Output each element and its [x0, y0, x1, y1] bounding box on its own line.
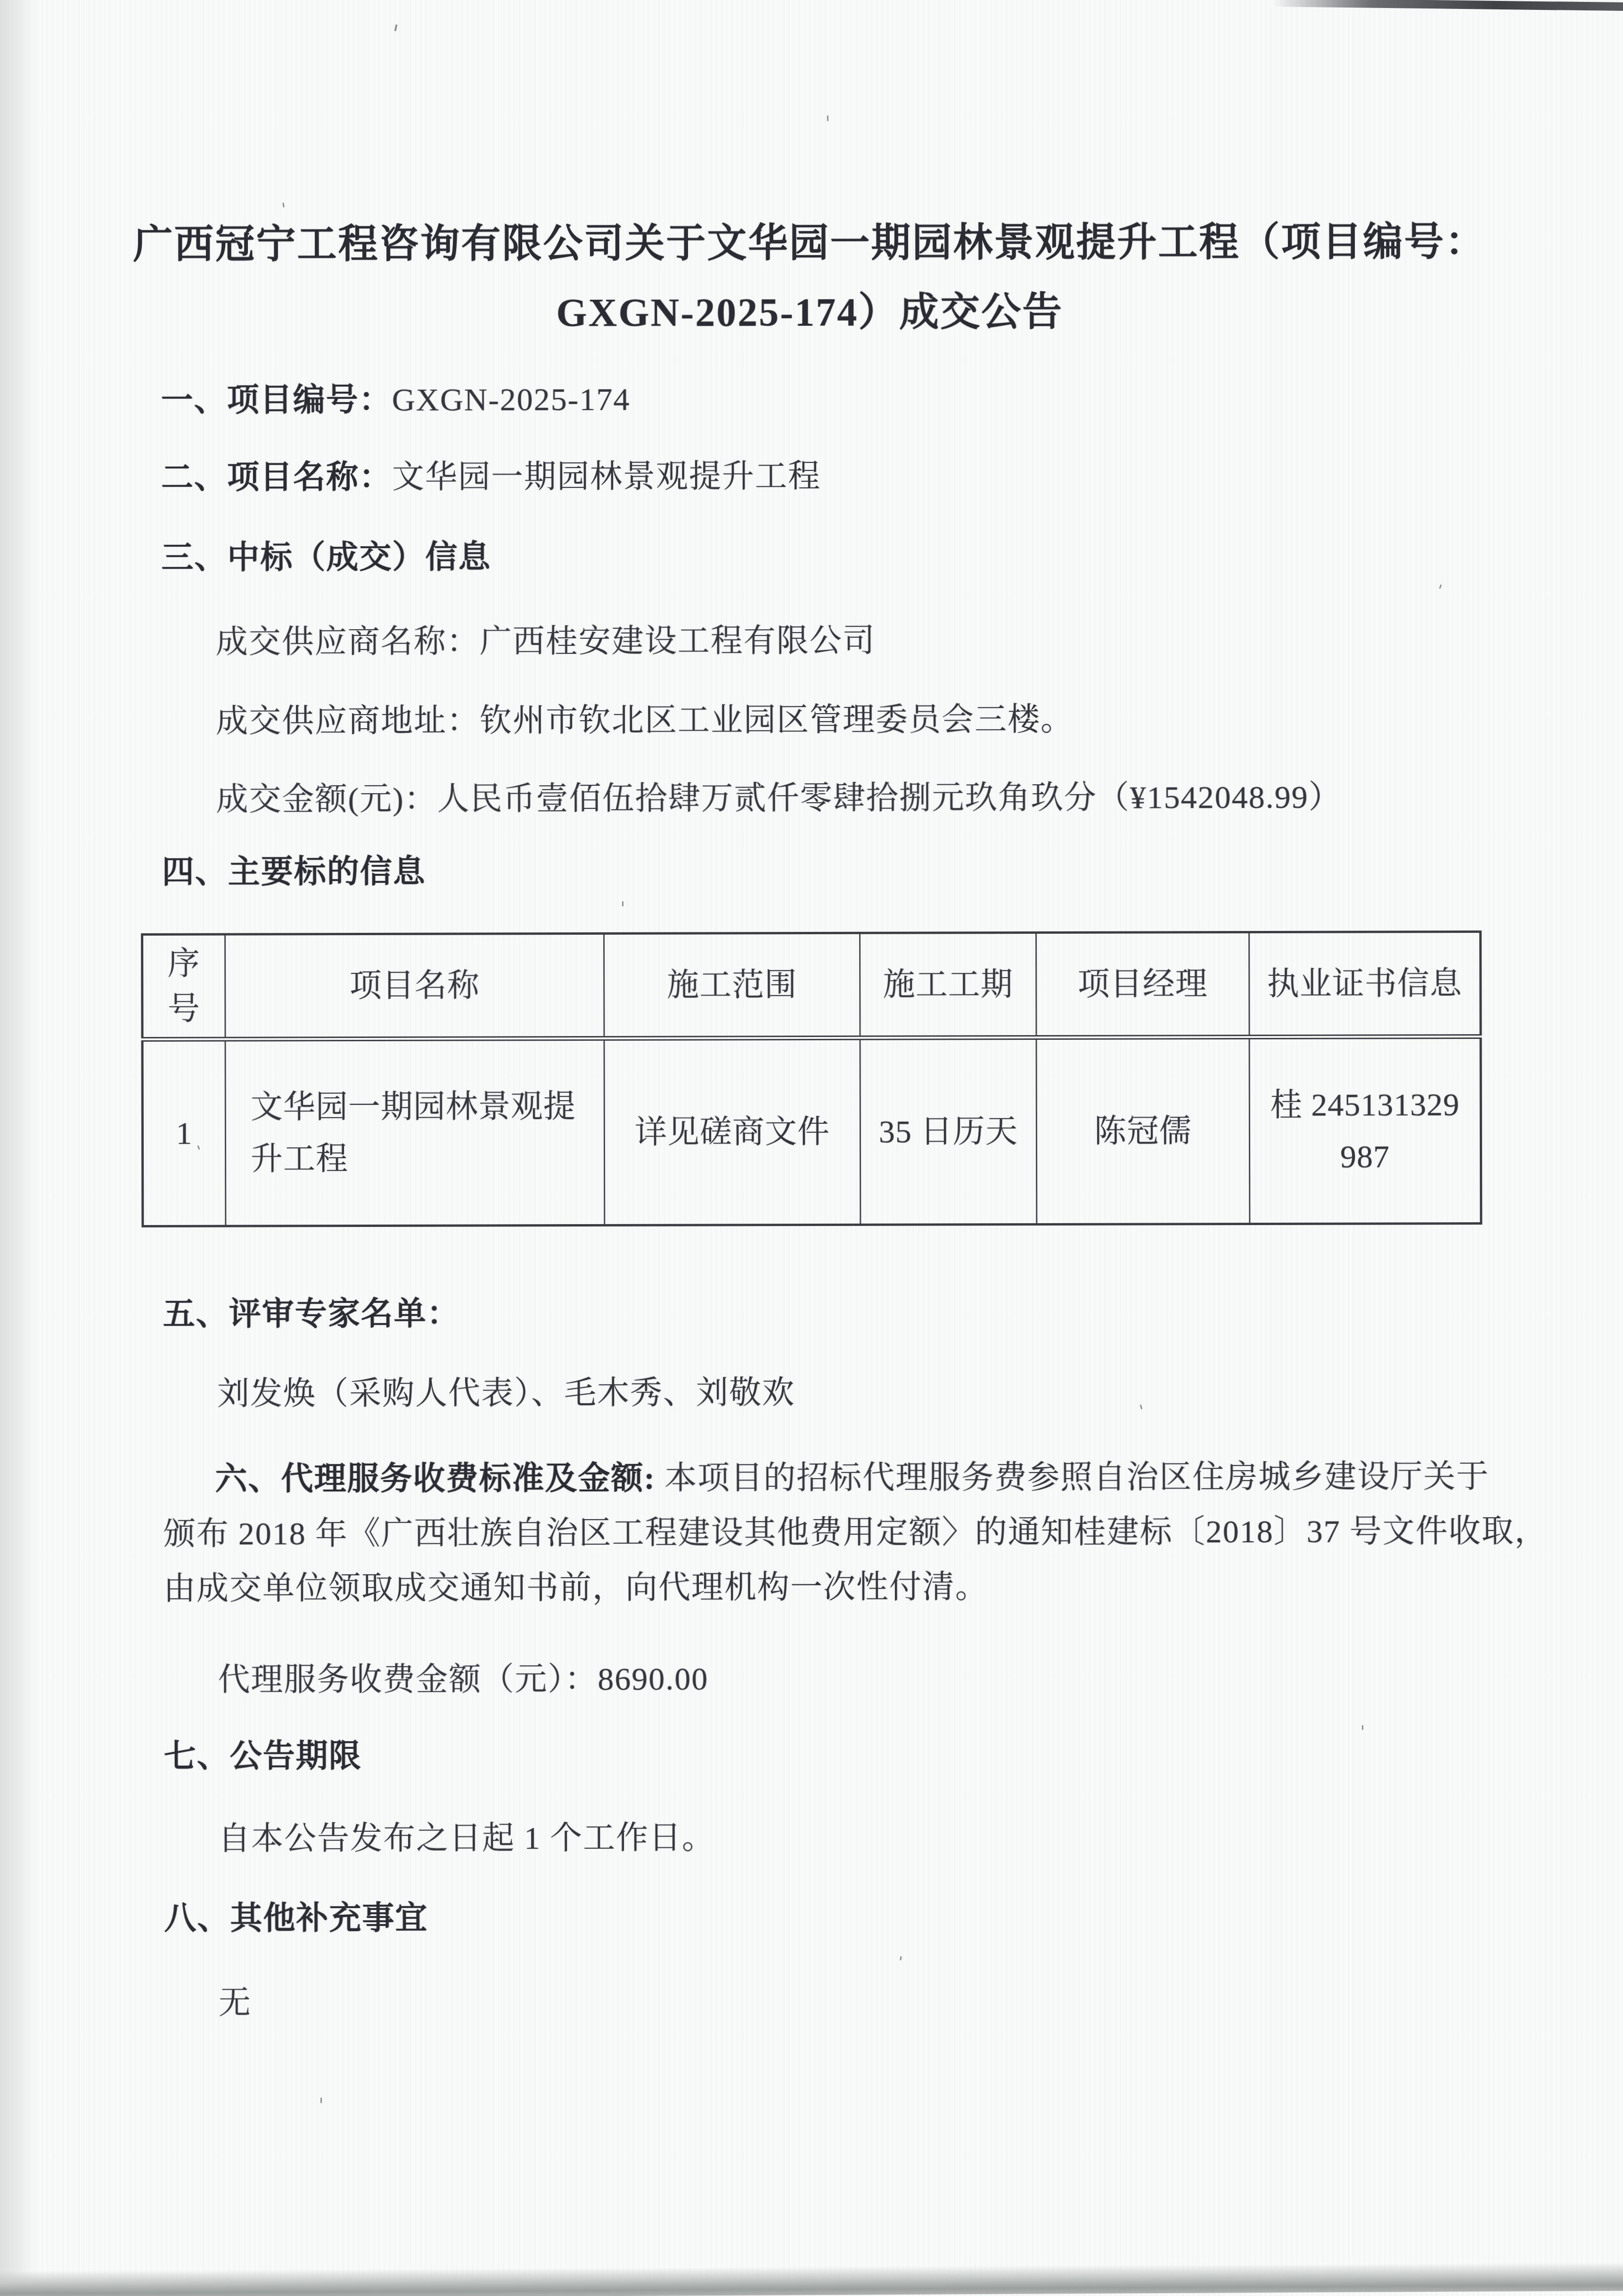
section1-line: 一、项目编号：GXGN-2025-174: [161, 383, 631, 416]
table-header-project-name: 项目名称: [225, 933, 604, 1039]
section6-lead: 六、代理服务收费标准及金额:: [215, 1460, 656, 1497]
table-header-scope: 施工范围: [604, 933, 860, 1038]
section2-label: 二、项目名称：: [161, 459, 392, 495]
section6-line2: 颁布 2018 年《广西壮族自治区工程建设其他费用定额〉的通知桂建标〔2018〕…: [164, 1515, 1548, 1550]
table-header-certificate: 执业证书信息: [1249, 932, 1481, 1037]
dust-speck: [320, 2098, 322, 2103]
section1-label: 一、项目编号：: [161, 382, 392, 418]
table-header-row: 序号 项目名称 施工范围 施工工期 项目经理 执业证书信息: [142, 932, 1481, 1039]
section7-heading: 七、公告期限: [164, 1740, 362, 1772]
section2-line: 二、项目名称：文华园一期园林景观提升工程: [161, 460, 821, 494]
table-cell-scope: 详见磋商文件: [604, 1037, 861, 1225]
scan-left-edge: [0, 0, 41, 2296]
section2-value: 文华园一期园林景观提升工程: [392, 458, 821, 495]
agency-fee-line: 代理服务收费金额（元）：8690.00: [218, 1662, 708, 1695]
section3-heading: 三、中标（成交）信息: [161, 541, 491, 573]
section6-line3: 由成交单位领取成交通知书前，向代理机构一次性付清。: [164, 1571, 988, 1605]
supplier-address-line: 成交供应商地址：钦州市钦北区工业园区管理委员会三楼。: [216, 703, 1074, 737]
table-cell-manager: 陈冠儒: [1036, 1037, 1250, 1225]
table-header-seq: 序号: [142, 934, 225, 1039]
section6-line1-rest: 本项目的招标代理服务费参照自治区住房城乡建设厅关于: [656, 1458, 1489, 1496]
section5-heading: 五、评审专家名单：: [163, 1298, 460, 1330]
announcement-period-line: 自本公告发布之日起 1 个工作日。: [218, 1821, 715, 1854]
section1-value: GXGN-2025-174: [392, 381, 631, 418]
section8-body: 无: [219, 1986, 252, 2018]
experts-line: 刘发焕（采购人代表）、毛木秀、刘敬欢: [217, 1376, 795, 1410]
page-title-line2: GXGN-2025-174）成交公告: [0, 276, 1621, 349]
scanned-document-page: 广西冠宁工程咨询有限公司关于文华园一期园林景观提升工程（项目编号： GXGN-2…: [0, 0, 1623, 2296]
page-title-line1: 广西冠宁工程咨询有限公司关于文华园一期园林景观提升工程（项目编号：: [0, 207, 1621, 280]
dust-speck: [827, 115, 828, 121]
table-header-manager: 项目经理: [1036, 932, 1249, 1037]
supplier-name-line: 成交供应商名称：广西桂安建设工程有限公司: [216, 625, 876, 658]
section8-heading: 八、其他补充事宜: [164, 1902, 428, 1934]
table-cell-seq: 1: [142, 1039, 226, 1226]
deal-amount-line: 成交金额(元)：人民币壹佰伍拾肆万贰仟零肆拾捌元玖角玖分（¥1542048.99…: [216, 781, 1341, 815]
document-content: 广西冠宁工程咨询有限公司关于文华园一期园林景观提升工程（项目编号： GXGN-2…: [0, 0, 1623, 2296]
table-header-period: 施工工期: [860, 933, 1036, 1038]
table-cell-certificate: 桂 245131329987: [1249, 1037, 1481, 1224]
bid-subject-table: 序号 项目名称 施工范围 施工工期 项目经理 执业证书信息 1 文华园一期园林景…: [141, 930, 1482, 1227]
dust-speck: [622, 901, 623, 906]
section6-line1: 六、代理服务收费标准及金额: 本项目的招标代理服务费参照自治区住房城乡建设厅关于: [163, 1460, 1489, 1495]
dust-speck: [1362, 1725, 1363, 1730]
section4-heading: 四、主要标的信息: [162, 856, 426, 888]
table-cell-project-name: 文华园一期园林景观提升工程: [225, 1038, 605, 1226]
table-cell-period: 35 日历天: [860, 1037, 1037, 1225]
table-row: 1 文华园一期园林景观提升工程 详见磋商文件 35 日历天 陈冠儒 桂 2451…: [142, 1037, 1481, 1226]
page-title: 广西冠宁工程咨询有限公司关于文华园一期园林景观提升工程（项目编号： GXGN-2…: [0, 207, 1621, 349]
